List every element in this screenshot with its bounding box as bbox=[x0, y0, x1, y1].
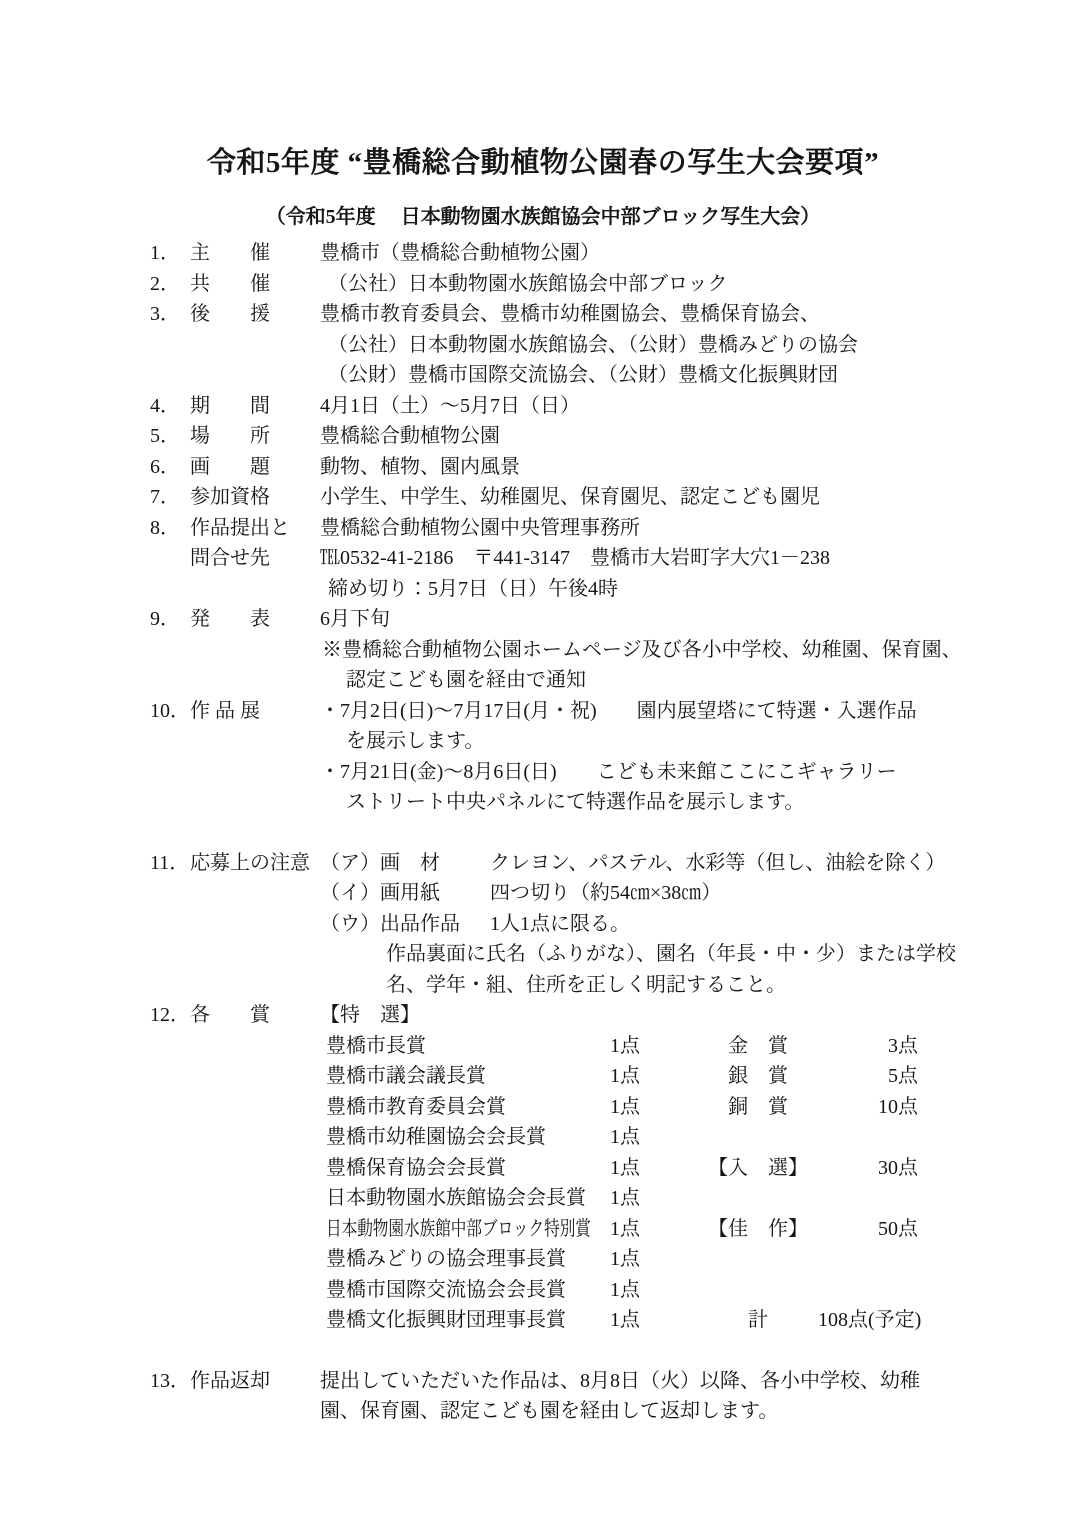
item-value-area: 豊橋市議会議長賞1点銀 賞5点 bbox=[320, 1061, 1056, 1092]
item-label: 主 催 bbox=[190, 238, 320, 269]
line-text: ℡0532-41-2186 〒441-3147 豊橋市大岩町字大穴1－238 bbox=[320, 543, 830, 574]
item-number: 13． bbox=[150, 1366, 190, 1397]
award-category bbox=[698, 1122, 818, 1153]
line-text: （公社）日本動物園水族館協会、（公財）豊橋みどりの協会 bbox=[320, 330, 858, 361]
item-label: 問合せ先 bbox=[190, 543, 320, 574]
line-text: 豊橋市（豊橋総合動植物公園） bbox=[320, 238, 600, 269]
item-value-area: 締め切り：5月7日（日）午後4時 bbox=[320, 574, 1056, 605]
document-row: 豊橋市国際交流協会会長賞1点 bbox=[150, 1275, 1056, 1306]
item-value-area: （イ）画用紙四つ切り（約54㎝×38㎝） bbox=[320, 878, 1056, 909]
item-value-area: 豊橋市教育委員会、豊橋市幼稚園協会、豊橋保育協会、 bbox=[320, 299, 1056, 330]
blank-line bbox=[150, 1336, 1056, 1366]
award-category-count: 3点 bbox=[818, 1031, 918, 1062]
document-row: 6．画 題動物、植物、園内風景 bbox=[150, 452, 1056, 483]
document-row: 豊橋市幼稚園協会会長賞1点 bbox=[150, 1122, 1056, 1153]
award-count: 1点 bbox=[610, 1183, 698, 1214]
document-row: 8．作品提出と豊橋総合動植物公園中央管理事務所 bbox=[150, 513, 1056, 544]
item-value-area: 豊橋市幼稚園協会会長賞1点 bbox=[320, 1122, 1056, 1153]
item-value-area: 豊橋みどりの協会理事長賞1点 bbox=[320, 1244, 1056, 1275]
line-text: 四つ切り（約54㎝×38㎝） bbox=[490, 878, 721, 909]
item-number: 11． bbox=[150, 848, 190, 879]
award-count: 1点 bbox=[610, 1214, 698, 1245]
award-name: 豊橋市国際交流協会会長賞 bbox=[320, 1275, 610, 1306]
item-number: 9． bbox=[150, 604, 190, 635]
award-count: 1点 bbox=[610, 1061, 698, 1092]
item-label: 後 援 bbox=[190, 299, 320, 330]
line-text: 豊橋市教育委員会、豊橋市幼稚園協会、豊橋保育協会、 bbox=[320, 299, 820, 330]
document-row: 日本動物園水族館協会会長賞1点 bbox=[150, 1183, 1056, 1214]
item-number: 1． bbox=[150, 238, 190, 269]
award-category-count bbox=[818, 1183, 918, 1214]
item-label: 場 所 bbox=[190, 421, 320, 452]
item-value-area: 認定こども園を経由で通知 bbox=[320, 665, 1056, 696]
document-row: 豊橋市教育委員会賞1点銅 賞10点 bbox=[150, 1092, 1056, 1123]
award-count: 1点 bbox=[610, 1031, 698, 1062]
document-row: 名、学年・組、住所を正しく明記すること。 bbox=[150, 970, 1056, 1001]
item-value-area: （ア）画 材クレヨン、パステル、水彩等（但し、油絵を除く） bbox=[320, 848, 1056, 879]
item-value-area: ストリート中央パネルにて特選作品を展示します。 bbox=[320, 787, 1056, 818]
item-label: 作品返却 bbox=[190, 1366, 320, 1397]
item-value-area: 豊橋市長賞1点金 賞3点 bbox=[320, 1031, 1056, 1062]
award-count: 1点 bbox=[610, 1305, 698, 1336]
item-value-area: を展示します。 bbox=[320, 726, 1056, 757]
document-row: 問合せ先℡0532-41-2186 〒441-3147 豊橋市大岩町字大穴1－2… bbox=[150, 543, 1056, 574]
document-row: 1．主 催豊橋市（豊橋総合動植物公園） bbox=[150, 238, 1056, 269]
document-row: 豊橋保育協会会長賞1点【入 選】30点 bbox=[150, 1153, 1056, 1184]
line-text: 認定こども園を経由で通知 bbox=[320, 665, 586, 696]
item-value-area: ・7月2日(日)～7月17日(月・祝) 園内展望塔にて特選・入選作品 bbox=[320, 696, 1056, 727]
award-name: 豊橋文化振興財団理事長賞 bbox=[320, 1305, 610, 1336]
item-number: 12． bbox=[150, 1000, 190, 1031]
item-label: 期 間 bbox=[190, 391, 320, 422]
item-value-area: 日本動物園水族館中部ブロック特別賞1点【佳 作】50点 bbox=[320, 1214, 1056, 1245]
document-row: 園、保育園、認定こども園を経由して返却します。 bbox=[150, 1396, 1056, 1427]
document-row: 作品裏面に氏名（ふりがな）、園名（年長・中・少）または学校 bbox=[150, 939, 1056, 970]
line-text: を展示します。 bbox=[320, 726, 484, 757]
item-value-area: （公社）日本動物園水族館協会中部ブロック bbox=[320, 269, 1056, 300]
line-text: 豊橋総合動植物公園中央管理事務所 bbox=[320, 513, 640, 544]
line-text: 締め切り：5月7日（日）午後4時 bbox=[320, 574, 618, 605]
award-count: 1点 bbox=[610, 1244, 698, 1275]
award-name: 豊橋市幼稚園協会会長賞 bbox=[320, 1122, 610, 1153]
item-number: 7． bbox=[150, 482, 190, 513]
item-value-area: 4月1日（土）～5月7日（日） bbox=[320, 391, 1056, 422]
award-name: 豊橋市長賞 bbox=[320, 1031, 610, 1062]
document-page: 令和5年度 “豊橋総合動植物公園春の写生大会要項” （令和5年度 日本動物園水族… bbox=[0, 0, 1086, 1536]
item-value-area: 豊橋保育協会会長賞1点【入 選】30点 bbox=[320, 1153, 1056, 1184]
document-row: ・7月21日(金)～8月6日(日) こども未来館ここにこギャラリー bbox=[150, 757, 1056, 788]
document-row: 認定こども園を経由で通知 bbox=[150, 665, 1056, 696]
award-category-count: 50点 bbox=[818, 1214, 918, 1245]
line-text: ・7月21日(金)～8月6日(日) こども未来館ここにこギャラリー bbox=[320, 757, 897, 788]
award-category: 銀 賞 bbox=[698, 1061, 818, 1092]
document-row: 3．後 援豊橋市教育委員会、豊橋市幼稚園協会、豊橋保育協会、 bbox=[150, 299, 1056, 330]
item-value-area: 提出していただいた作品は、8月8日（火）以降、各小中学校、幼稚 bbox=[320, 1366, 1056, 1397]
document-body: 1．主 催豊橋市（豊橋総合動植物公園）2．共 催（公社）日本動物園水族館協会中部… bbox=[0, 238, 1086, 1427]
line-text: （公財）豊橋市国際交流協会、（公財）豊橋文化振興財団 bbox=[320, 360, 838, 391]
item-value-area: 小学生、中学生、幼稚園児、保育園児、認定こども園児 bbox=[320, 482, 1056, 513]
line-text: 作品裏面に氏名（ふりがな）、園名（年長・中・少）または学校 bbox=[320, 939, 956, 970]
item-label: 画 題 bbox=[190, 452, 320, 483]
item-value-area: 豊橋総合動植物公園中央管理事務所 bbox=[320, 513, 1056, 544]
item-number: 5． bbox=[150, 421, 190, 452]
award-category-count bbox=[818, 1275, 918, 1306]
item-value-area: 作品裏面に氏名（ふりがな）、園名（年長・中・少）または学校 bbox=[320, 939, 1056, 970]
award-category: 金 賞 bbox=[698, 1031, 818, 1062]
item-label: 各 賞 bbox=[190, 1000, 320, 1031]
award-count: 1点 bbox=[610, 1275, 698, 1306]
document-row: （ウ）出品作品1人1点に限る。 bbox=[150, 909, 1056, 940]
item-value-area: ・7月21日(金)～8月6日(日) こども未来館ここにこギャラリー bbox=[320, 757, 1056, 788]
award-category-count bbox=[818, 1122, 918, 1153]
document-title: 令和5年度 “豊橋総合動植物公園春の写生大会要項” bbox=[0, 140, 1086, 186]
document-row: 13．作品返却提出していただいた作品は、8月8日（火）以降、各小中学校、幼稚 bbox=[150, 1366, 1056, 1397]
document-row: 10．作 品 展・7月2日(日)～7月17日(月・祝) 園内展望塔にて特選・入選… bbox=[150, 696, 1056, 727]
item-value-area: 豊橋文化振興財団理事長賞1点計108点(予定) bbox=[320, 1305, 1056, 1336]
line-text: 1人1点に限る。 bbox=[490, 909, 630, 940]
award-category: 【入 選】 bbox=[698, 1153, 818, 1184]
item-value-area: 【特 選】 bbox=[320, 1000, 1056, 1031]
award-name: 日本動物園水族館中部ブロック特別賞 bbox=[320, 1214, 610, 1245]
item-label: 共 催 bbox=[190, 269, 320, 300]
document-row: ※豊橋総合動植物公園ホームページ及び各小中学校、幼稚園、保育園、 bbox=[150, 635, 1056, 666]
award-category bbox=[698, 1183, 818, 1214]
item-value-area: （公財）豊橋市国際交流協会、（公財）豊橋文化振興財団 bbox=[320, 360, 1056, 391]
document-row: 締め切り：5月7日（日）午後4時 bbox=[150, 574, 1056, 605]
award-count: 1点 bbox=[610, 1092, 698, 1123]
item-value-area: 園、保育園、認定こども園を経由して返却します。 bbox=[320, 1396, 1056, 1427]
award-category-count: 5点 bbox=[818, 1061, 918, 1092]
document-row: 7．参加資格小学生、中学生、幼稚園児、保育園児、認定こども園児 bbox=[150, 482, 1056, 513]
document-row: 豊橋市長賞1点金 賞3点 bbox=[150, 1031, 1056, 1062]
document-row: 4．期 間4月1日（土）～5月7日（日） bbox=[150, 391, 1056, 422]
award-name-text: 日本動物園水族館中部ブロック特別賞 bbox=[326, 1214, 591, 1245]
line-text: クレヨン、パステル、水彩等（但し、油絵を除く） bbox=[490, 848, 945, 879]
document-row: 11．応募上の注意（ア）画 材クレヨン、パステル、水彩等（但し、油絵を除く） bbox=[150, 848, 1056, 879]
award-category bbox=[698, 1244, 818, 1275]
award-name: 豊橋市議会議長賞 bbox=[320, 1061, 610, 1092]
document-row: 豊橋文化振興財団理事長賞1点計108点(予定) bbox=[150, 1305, 1056, 1336]
line-text: ・7月2日(日)～7月17日(月・祝) 園内展望塔にて特選・入選作品 bbox=[320, 696, 917, 727]
item-label: 作品提出と bbox=[190, 513, 320, 544]
item-value-area: ℡0532-41-2186 〒441-3147 豊橋市大岩町字大穴1－238 bbox=[320, 543, 1056, 574]
document-row: （公社）日本動物園水族館協会、（公財）豊橋みどりの協会 bbox=[150, 330, 1056, 361]
item-label: 作 品 展 bbox=[190, 696, 320, 727]
item-label: 応募上の注意 bbox=[190, 848, 320, 879]
document-row: ストリート中央パネルにて特選作品を展示します。 bbox=[150, 787, 1056, 818]
award-category bbox=[698, 1275, 818, 1306]
line-text: 4月1日（土）～5月7日（日） bbox=[320, 391, 580, 422]
award-name: 日本動物園水族館協会会長賞 bbox=[320, 1183, 610, 1214]
award-count: 1点 bbox=[610, 1153, 698, 1184]
item-value-area: 豊橋市国際交流協会会長賞1点 bbox=[320, 1275, 1056, 1306]
blank-line bbox=[150, 818, 1056, 848]
line-text: 園、保育園、認定こども園を経由して返却します。 bbox=[320, 1396, 778, 1427]
item-value-area: （公社）日本動物園水族館協会、（公財）豊橋みどりの協会 bbox=[320, 330, 1056, 361]
award-count: 1点 bbox=[610, 1122, 698, 1153]
award-category: 銅 賞 bbox=[698, 1092, 818, 1123]
item-number: 10． bbox=[150, 696, 190, 727]
item-number: 6． bbox=[150, 452, 190, 483]
item-label: 発 表 bbox=[190, 604, 320, 635]
item-number: 8． bbox=[150, 513, 190, 544]
line-text: 小学生、中学生、幼稚園児、保育園児、認定こども園児 bbox=[320, 482, 820, 513]
document-row: 9．発 表6月下旬 bbox=[150, 604, 1056, 635]
document-subtitle: （令和5年度 日本動物園水族館協会中部ブロック写生大会） bbox=[0, 202, 1086, 232]
item-label: 参加資格 bbox=[190, 482, 320, 513]
item-value-area: 日本動物園水族館協会会長賞1点 bbox=[320, 1183, 1056, 1214]
document-row: 日本動物園水族館中部ブロック特別賞1点【佳 作】50点 bbox=[150, 1214, 1056, 1245]
line-text: 豊橋総合動植物公園 bbox=[320, 421, 500, 452]
note-sub-label: （ア）画 材 bbox=[320, 848, 490, 879]
item-value-area: 動物、植物、園内風景 bbox=[320, 452, 1056, 483]
document-row: 豊橋みどりの協会理事長賞1点 bbox=[150, 1244, 1056, 1275]
line-text: （公社）日本動物園水族館協会中部ブロック bbox=[320, 269, 728, 300]
item-number: 4． bbox=[150, 391, 190, 422]
award-name: 豊橋保育協会会長賞 bbox=[320, 1153, 610, 1184]
award-category: 計 bbox=[698, 1305, 818, 1336]
line-text: ※豊橋総合動植物公園ホームページ及び各小中学校、幼稚園、保育園、 bbox=[320, 635, 962, 666]
item-value-area: （ウ）出品作品1人1点に限る。 bbox=[320, 909, 1056, 940]
award-category-count: 10点 bbox=[818, 1092, 918, 1123]
line-text: ストリート中央パネルにて特選作品を展示します。 bbox=[320, 787, 804, 818]
document-row: を展示します。 bbox=[150, 726, 1056, 757]
note-sub-label: （イ）画用紙 bbox=[320, 878, 490, 909]
item-value-area: 豊橋市教育委員会賞1点銅 賞10点 bbox=[320, 1092, 1056, 1123]
document-row: （イ）画用紙四つ切り（約54㎝×38㎝） bbox=[150, 878, 1056, 909]
line-text: 提出していただいた作品は、8月8日（火）以降、各小中学校、幼稚 bbox=[320, 1366, 920, 1397]
line-text: 名、学年・組、住所を正しく明記すること。 bbox=[320, 970, 786, 1001]
award-category-count: 108点(予定) bbox=[818, 1305, 918, 1336]
item-value-area: ※豊橋総合動植物公園ホームページ及び各小中学校、幼稚園、保育園、 bbox=[320, 635, 1056, 666]
award-category: 【佳 作】 bbox=[698, 1214, 818, 1245]
line-text: 【特 選】 bbox=[320, 1000, 420, 1031]
document-row: 12．各 賞【特 選】 bbox=[150, 1000, 1056, 1031]
document-row: （公財）豊橋市国際交流協会、（公財）豊橋文化振興財団 bbox=[150, 360, 1056, 391]
award-name: 豊橋みどりの協会理事長賞 bbox=[320, 1244, 610, 1275]
item-value-area: 6月下旬 bbox=[320, 604, 1056, 635]
award-name: 豊橋市教育委員会賞 bbox=[320, 1092, 610, 1123]
item-number: 3． bbox=[150, 299, 190, 330]
note-sub-label: （ウ）出品作品 bbox=[320, 909, 490, 940]
item-value-area: 豊橋総合動植物公園 bbox=[320, 421, 1056, 452]
award-category-count: 30点 bbox=[818, 1153, 918, 1184]
item-number: 2． bbox=[150, 269, 190, 300]
document-row: 5．場 所豊橋総合動植物公園 bbox=[150, 421, 1056, 452]
item-value-area: 豊橋市（豊橋総合動植物公園） bbox=[320, 238, 1056, 269]
line-text: 動物、植物、園内風景 bbox=[320, 452, 520, 483]
document-row: 豊橋市議会議長賞1点銀 賞5点 bbox=[150, 1061, 1056, 1092]
line-text: 6月下旬 bbox=[320, 604, 390, 635]
item-value-area: 名、学年・組、住所を正しく明記すること。 bbox=[320, 970, 1056, 1001]
document-row: 2．共 催（公社）日本動物園水族館協会中部ブロック bbox=[150, 269, 1056, 300]
award-category-count bbox=[818, 1244, 918, 1275]
